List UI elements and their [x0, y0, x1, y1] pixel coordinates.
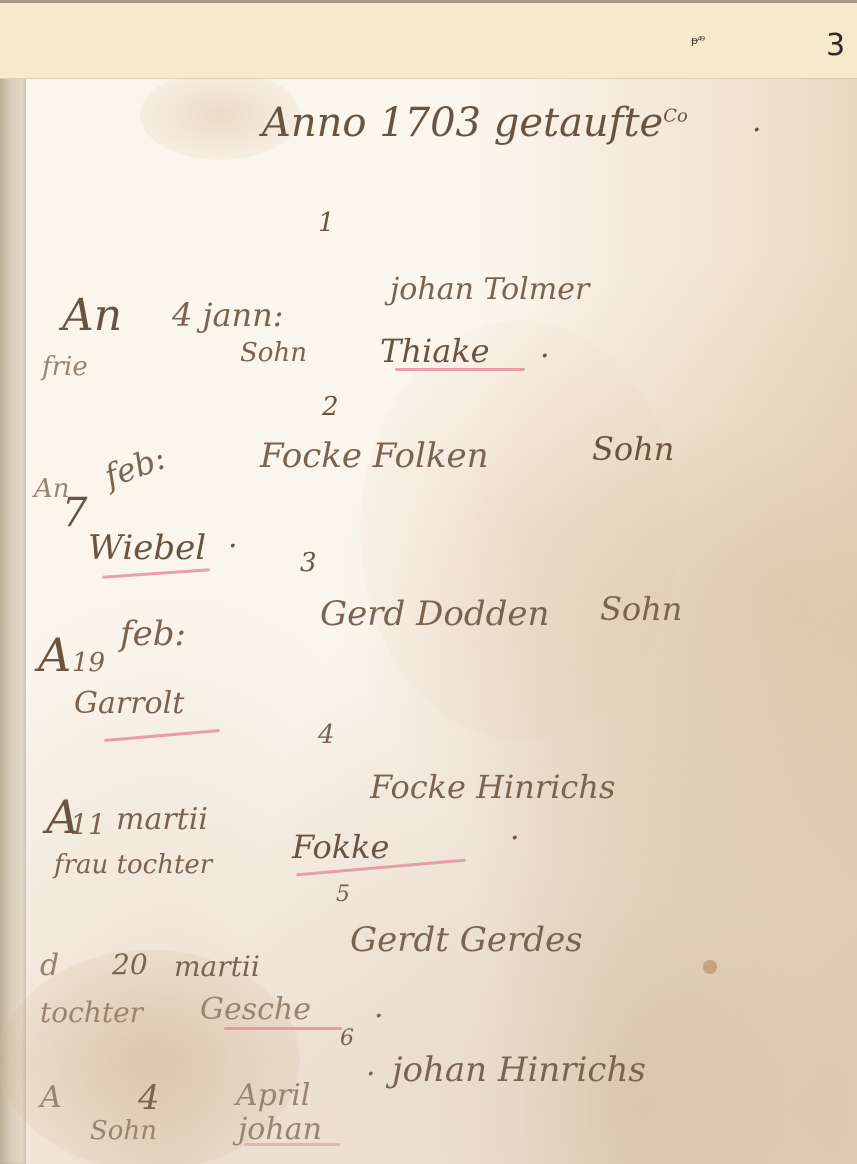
page-number: 3	[826, 28, 845, 63]
entry-date: 4 jann:	[172, 296, 284, 334]
entry-number: 5	[336, 882, 350, 907]
entry-relation: tochter	[40, 996, 143, 1029]
name-underline	[244, 1143, 340, 1146]
entry-parents: johan Hinrichs	[392, 1050, 646, 1090]
entry-relation: frau tochter	[54, 850, 212, 880]
entry-number: 3	[300, 548, 317, 578]
entry-child-name: Fokke	[292, 828, 389, 866]
entry-end-mark: .	[366, 1048, 376, 1083]
manuscript-page: ᵽ⁴⁹ 3 Anno 1703 getaufteCo . 1 An frie 4…	[0, 0, 857, 1164]
entry-parents: Gerdt Gerdes	[350, 920, 583, 960]
entry-relation: Sohn	[90, 1116, 157, 1146]
water-stain	[360, 320, 680, 740]
entry-child-name: Gesche	[200, 992, 311, 1027]
heading-period: .	[752, 104, 762, 139]
entry-margin-label: d	[40, 948, 59, 983]
page-header-strip: ᵽ⁴⁹ 3	[0, 0, 857, 79]
heading-text: Anno 1703 getaufte	[262, 100, 663, 146]
entry-number: 2	[322, 392, 339, 422]
entry-date: martii	[174, 950, 260, 983]
name-underline	[102, 568, 210, 579]
name-underline	[104, 729, 220, 742]
entry-number: 4	[318, 720, 335, 750]
entry-relation: Sohn	[600, 590, 682, 628]
entry-margin-label: An	[62, 290, 122, 341]
entry-margin-sub: 7	[62, 490, 87, 536]
entry-end-mark: .	[510, 812, 520, 847]
entry-parents: Focke Folken	[260, 436, 488, 476]
entry-parents: Focke Hinrichs	[370, 768, 615, 806]
entry-child-name: Garrolt	[74, 686, 184, 721]
entry-relation: Sohn	[592, 430, 674, 468]
entry-end-mark: .	[540, 330, 550, 365]
entry-margin-label: A	[40, 1080, 62, 1115]
entry-child-name: Thiake	[380, 332, 490, 370]
entry-parents: Gerd Dodden	[320, 594, 549, 634]
entry-margin-sub: 19	[72, 648, 105, 678]
binding-edge	[0, 0, 26, 1164]
entry-child-name: Wiebel	[88, 528, 206, 568]
entry-margin-sub: 20	[112, 948, 148, 981]
entry-child-name: johan	[238, 1112, 322, 1147]
name-underline	[224, 1027, 342, 1030]
ink-blot	[703, 960, 717, 974]
entry-margin-sub: 4	[138, 1078, 160, 1118]
entry-number: 6	[340, 1026, 354, 1051]
entry-relation: Sohn	[240, 338, 307, 368]
archive-stamp: ᵽ⁴⁹	[691, 34, 704, 47]
entry-margin-sub: 11	[70, 808, 106, 841]
entry-margin-label: A	[38, 628, 71, 682]
entry-parents: johan Tolmer	[390, 272, 589, 307]
name-underline	[395, 368, 525, 371]
entry-date: feb:	[120, 614, 186, 654]
entry-margin-sub: frie	[42, 352, 88, 382]
heading-superscript: Co	[663, 106, 688, 127]
entry-end-mark: .	[228, 520, 238, 555]
entry-date: feb:	[99, 439, 170, 496]
page-heading: Anno 1703 getaufteCo	[262, 100, 688, 146]
entry-date: April	[236, 1078, 310, 1113]
entry-number: 1	[318, 208, 335, 238]
entry-end-mark: .	[374, 990, 384, 1025]
entry-date: martii	[116, 802, 208, 837]
